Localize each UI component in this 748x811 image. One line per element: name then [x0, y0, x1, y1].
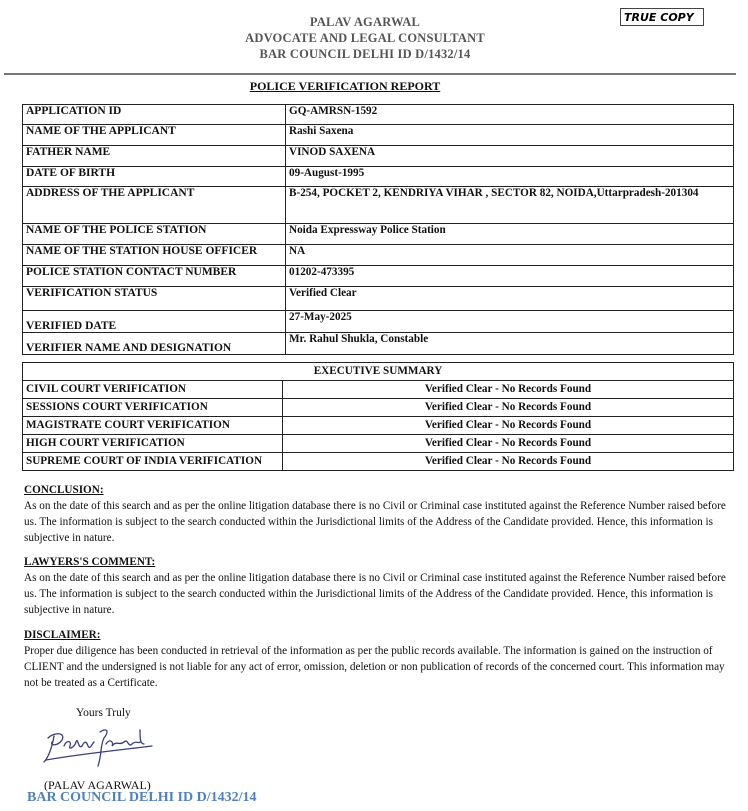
detail-value: NA: [286, 245, 734, 266]
detail-value: 01202-473395: [286, 266, 734, 287]
letterhead-bar-id: BAR COUNCIL DELHI ID D/1432/14: [220, 46, 510, 62]
conclusion-text: As on the date of this search and as per…: [24, 498, 728, 546]
header-divider: [4, 73, 736, 75]
table-row: ADDRESS OF THE APPLICANT B-254, POCKET 2…: [23, 187, 734, 224]
detail-label: NAME OF THE APPLICANT: [23, 125, 286, 146]
table-row: VERIFICATION STATUS Verified Clear: [23, 287, 734, 311]
disclaimer-title: DISCLAIMER:: [24, 627, 728, 643]
detail-label: POLICE STATION CONTACT NUMBER: [23, 266, 286, 287]
detail-value: Rashi Saxena: [286, 125, 734, 146]
summary-label: SESSIONS COURT VERIFICATION: [23, 399, 283, 417]
summary-value: Verified Clear - No Records Found: [283, 453, 734, 471]
detail-value: 27-May-2025: [286, 311, 734, 333]
table-row: APPLICATION ID GQ-AMRSN-1592: [23, 105, 734, 125]
summary-value: Verified Clear - No Records Found: [283, 399, 734, 417]
letterhead-name: PALAV AGARWAL: [220, 14, 510, 30]
table-row: CIVIL COURT VERIFICATION Verified Clear …: [23, 381, 734, 399]
true-copy-stamp: TRUE COPY: [620, 8, 704, 26]
disclaimer-section: DISCLAIMER: Proper due diligence has bee…: [24, 627, 728, 691]
detail-label: ADDRESS OF THE APPLICANT: [23, 187, 286, 224]
detail-label: VERIFICATION STATUS: [23, 287, 286, 311]
table-row: HIGH COURT VERIFICATION Verified Clear -…: [23, 435, 734, 453]
summary-heading: EXECUTIVE SUMMARY: [23, 363, 734, 381]
table-row: MAGISTRATE COURT VERIFICATION Verified C…: [23, 417, 734, 435]
summary-value: Verified Clear - No Records Found: [283, 417, 734, 435]
summary-value: Verified Clear - No Records Found: [283, 435, 734, 453]
detail-label: NAME OF THE POLICE STATION: [23, 224, 286, 245]
conclusion-section: CONCLUSION: As on the date of this searc…: [24, 482, 728, 546]
summary-label: SUPREME COURT OF INDIA VERIFICATION: [23, 453, 283, 471]
detail-label: FATHER NAME: [23, 146, 286, 167]
summary-value: Verified Clear - No Records Found: [283, 381, 734, 399]
table-row: DATE OF BIRTH 09-August-1995: [23, 167, 734, 187]
letterhead: PALAV AGARWAL ADVOCATE AND LEGAL CONSULT…: [220, 14, 510, 62]
detail-value: B-254, POCKET 2, KENDRIYA VIHAR , SECTOR…: [286, 187, 734, 224]
lawyers-comment-text: As on the date of this search and as per…: [24, 570, 728, 618]
detail-value: Noida Expressway Police Station: [286, 224, 734, 245]
table-row: VERIFIER NAME AND DESIGNATION Mr. Rahul …: [23, 333, 734, 355]
table-row: SUPREME COURT OF INDIA VERIFICATION Veri…: [23, 453, 734, 471]
table-row: NAME OF THE APPLICANT Rashi Saxena: [23, 125, 734, 146]
table-row: SESSIONS COURT VERIFICATION Verified Cle…: [23, 399, 734, 417]
detail-label: VERIFIED DATE: [23, 311, 286, 333]
detail-value: GQ-AMRSN-1592: [286, 105, 734, 125]
detail-label: APPLICATION ID: [23, 105, 286, 125]
detail-label: VERIFIER NAME AND DESIGNATION: [23, 333, 286, 355]
table-row: VERIFIED DATE 27-May-2025: [23, 311, 734, 333]
detail-label: DATE OF BIRTH: [23, 167, 286, 187]
lawyers-comment-section: LAWYERS'S COMMENT: As on the date of thi…: [24, 554, 728, 618]
table-row: FATHER NAME VINOD SAXENA: [23, 146, 734, 167]
lawyers-comment-title: LAWYERS'S COMMENT:: [24, 554, 728, 570]
detail-value: Mr. Rahul Shukla, Constable: [286, 333, 734, 355]
summary-label: MAGISTRATE COURT VERIFICATION: [23, 417, 283, 435]
disclaimer-text: Proper due diligence has been conducted …: [24, 643, 728, 691]
conclusion-title: CONCLUSION:: [24, 482, 728, 498]
detail-value: Verified Clear: [286, 287, 734, 311]
summary-label: HIGH COURT VERIFICATION: [23, 435, 283, 453]
letterhead-title: ADVOCATE AND LEGAL CONSULTANT: [220, 30, 510, 46]
details-table: APPLICATION ID GQ-AMRSN-1592 NAME OF THE…: [22, 104, 734, 355]
summary-label: CIVIL COURT VERIFICATION: [23, 381, 283, 399]
table-row: NAME OF THE POLICE STATION Noida Express…: [23, 224, 734, 245]
detail-value: VINOD SAXENA: [286, 146, 734, 167]
signature-icon: [40, 724, 160, 774]
closing-text: Yours Truly: [76, 707, 131, 719]
table-header-row: EXECUTIVE SUMMARY: [23, 363, 734, 381]
table-row: POLICE STATION CONTACT NUMBER 01202-4733…: [23, 266, 734, 287]
executive-summary-table: EXECUTIVE SUMMARY CIVIL COURT VERIFICATI…: [22, 362, 734, 471]
signatory-bar-id: BAR COUNCIL DELHI ID D/1432/14: [27, 790, 256, 806]
table-row: NAME OF THE STATION HOUSE OFFICER NA: [23, 245, 734, 266]
detail-value: 09-August-1995: [286, 167, 734, 187]
report-title: POLICE VERIFICATION REPORT: [0, 79, 690, 94]
detail-label: NAME OF THE STATION HOUSE OFFICER: [23, 245, 286, 266]
